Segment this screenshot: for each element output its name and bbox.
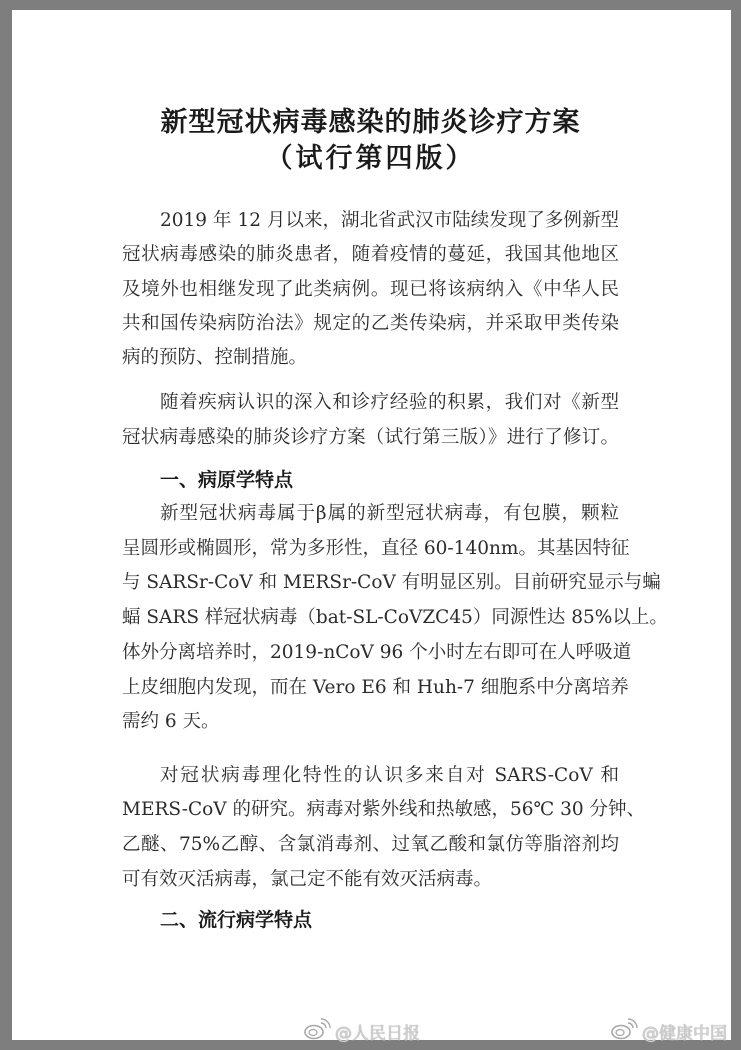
watermark-healthy-china: @健康中国 — [610, 1018, 727, 1044]
watermark-peoples-daily: @人民日报 — [303, 1018, 420, 1044]
section1-paragraph-2-line-1: 对冠状病毒理化特性的认识多来自对 SARS-CoV 和 — [160, 761, 619, 791]
section1-paragraph-1-line-5: 体外分离培养时，2019-nCoV 96 个小时左右即可在人呼吸道 — [122, 638, 619, 668]
paragraph-1-line-1: 2019 年 12 月以来，湖北省武汉市陆续发现了多例新型 — [160, 206, 619, 236]
paragraph-1-line-3: 及境外也相继发现了此类病例。现已将该病纳入《中华人民 — [122, 275, 619, 305]
section1-paragraph-1-line-6: 上皮细胞内发现，而在 Vero E6 和 Huh-7 细胞系中分离培养 — [122, 673, 619, 703]
paragraph-2-line-2: 冠状病毒感染的肺炎诊疗方案（试行第三版）》进行了修订。 — [122, 423, 619, 453]
paragraph-2-line-1: 随着疾病认识的深入和诊疗经验的积累，我们对《新型 — [160, 388, 619, 418]
weibo-icon — [303, 1017, 331, 1046]
section1-paragraph-1-line-3: 与 SARSr-CoV 和 MERSr-CoV 有明显区别。目前研究显示与蝙 — [122, 568, 619, 598]
paragraph-1-line-4: 共和国传染病防治法》规定的乙类传染病，并采取甲类传染 — [122, 309, 619, 339]
section1-paragraph-1-line-1: 新型冠状病毒属于β属的新型冠状病毒，有包膜，颗粒 — [160, 499, 619, 529]
section-heading-epidemiology: 二、流行病学特点 — [160, 905, 312, 935]
document-subtitle: （试行第四版） — [0, 136, 741, 175]
section1-paragraph-2-line-2: MERS-CoV 的研究。病毒对紫外线和热敏感，56℃ 30 分钟、 — [122, 795, 619, 825]
section1-paragraph-2-line-3: 乙醚、75%乙醇、含氯消毒剂、过氧乙酸和氯仿等脂溶剂均 — [122, 830, 619, 860]
section-heading-pathogen: 一、病原学特点 — [160, 465, 293, 495]
section1-paragraph-1-line-4: 蝠 SARS 样冠状病毒（bat-SL-CoVZC45）同源性达 85%以上。 — [122, 603, 619, 633]
paragraph-1-line-5: 病的预防、控制措施。 — [122, 343, 619, 373]
section1-paragraph-1-line-7: 需约 6 天。 — [122, 707, 619, 737]
paragraph-1-line-2: 冠状病毒感染的肺炎患者，随着疫情的蔓延，我国其他地区 — [122, 240, 619, 270]
section1-paragraph-1-line-2: 呈圆形或椭圆形，常为多形性，直径 60-140nm。其基因特征 — [122, 534, 619, 564]
document-title: 新型冠状病毒感染的肺炎诊疗方案 — [0, 100, 741, 139]
weibo-icon — [610, 1017, 638, 1046]
watermark-text: @健康中国 — [642, 1019, 727, 1044]
section1-paragraph-2-line-4: 可有效灭活病毒，氯己定不能有效灭活病毒。 — [122, 865, 619, 895]
watermark-text: @人民日报 — [335, 1019, 420, 1044]
